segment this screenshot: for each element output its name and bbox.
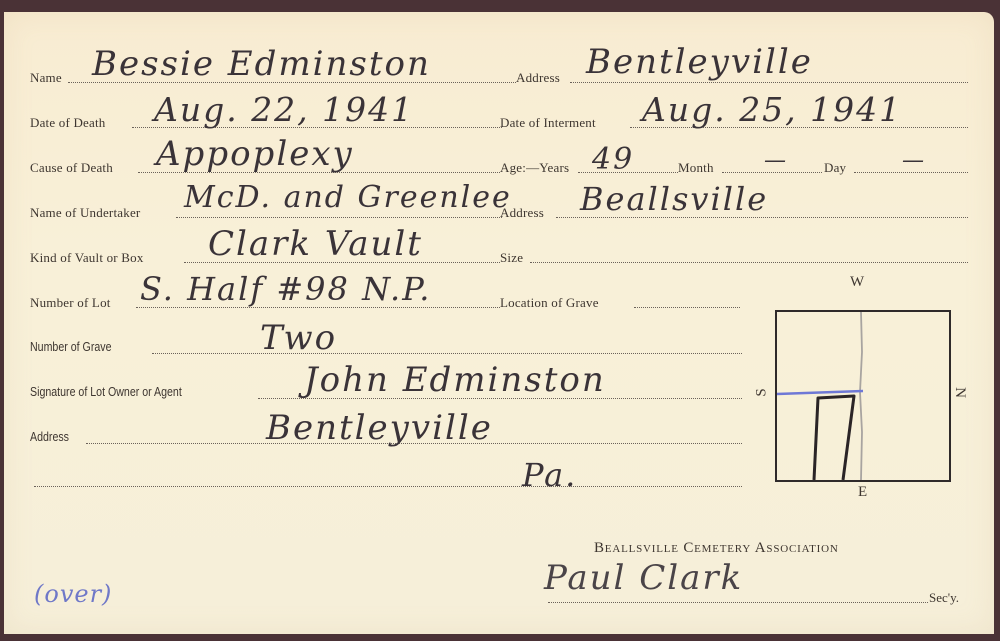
- address-line: [570, 82, 968, 83]
- age-years-label: Age:—Years: [500, 160, 569, 176]
- compass-east-label: E: [858, 484, 867, 501]
- grave-number-label: Number of Grave: [30, 340, 111, 354]
- age-day-value: —: [902, 148, 926, 173]
- age-day-label: Day: [824, 160, 846, 176]
- lot-owner-signature-label: Signature of Lot Owner or Agent: [30, 385, 182, 399]
- compass-south-label: S: [754, 388, 771, 396]
- undertaker-address-label: Address: [500, 205, 544, 221]
- location-of-grave-label: Location of Grave: [500, 295, 599, 311]
- size-line: [530, 262, 968, 263]
- undertaker-value: McD. and Greenlee: [184, 180, 512, 215]
- compass-west-label: W: [850, 274, 864, 291]
- undertaker-address-value: Beallsville: [580, 180, 768, 218]
- owner-address-value-line2: Pa.: [522, 456, 577, 494]
- date-of-interment-label: Date of Interment: [500, 115, 596, 131]
- lot-number-value: S. Half #98 N.P.: [140, 270, 431, 308]
- interment-record-card: Name Bessie Edminston Address Bentleyvil…: [4, 12, 994, 634]
- location-of-grave-line: [634, 307, 740, 308]
- organization-name: Beallsville Cemetery Association: [594, 540, 839, 557]
- age-month-label: Month: [678, 160, 714, 176]
- cause-of-death-label: Cause of Death: [30, 160, 113, 176]
- date-of-death-label: Date of Death: [30, 115, 106, 131]
- age-years-value: 49: [592, 142, 634, 177]
- owner-address-value-line1: Bentleyville: [266, 408, 493, 448]
- owner-address-line-2: [34, 486, 742, 487]
- secretary-signature: Paul Clark: [544, 558, 743, 598]
- margin-note-over: (over): [34, 580, 112, 608]
- owner-address-label: Address: [30, 430, 69, 444]
- grave-location-diagram: [775, 310, 951, 482]
- grave-number-value: Two: [260, 318, 337, 358]
- grave-number-line: [152, 353, 742, 354]
- undertaker-label: Name of Undertaker: [30, 205, 140, 221]
- secretary-title: Sec'y.: [929, 590, 959, 606]
- undertaker-line: [176, 217, 502, 218]
- compass-north-label: N: [951, 387, 968, 398]
- secretary-signature-line: [548, 602, 928, 603]
- name-label: Name: [30, 70, 62, 86]
- age-month-value: —: [764, 148, 788, 173]
- vault-value: Clark Vault: [208, 224, 423, 264]
- address-value: Bentleyville: [586, 42, 813, 82]
- vault-label: Kind of Vault or Box: [30, 250, 144, 266]
- lot-number-label: Number of Lot: [30, 295, 111, 311]
- date-of-interment-value: Aug. 25, 1941: [642, 90, 902, 129]
- cause-of-death-value: Appoplexy: [156, 134, 354, 174]
- date-of-death-value: Aug. 22, 1941: [154, 90, 414, 129]
- address-label: Address: [516, 70, 560, 86]
- size-label: Size: [500, 250, 523, 266]
- grave-sketch-icon: [777, 312, 949, 480]
- name-value: Bessie Edminston: [92, 44, 431, 84]
- lot-owner-signature-value: John Edminston: [304, 360, 606, 400]
